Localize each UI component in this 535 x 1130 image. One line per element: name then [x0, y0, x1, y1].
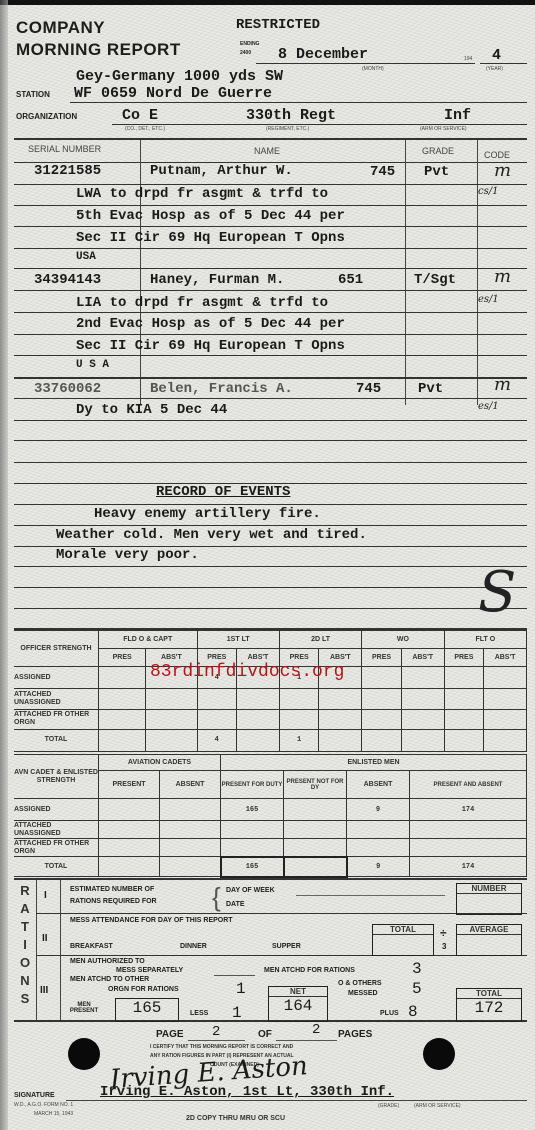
- row-label: ATTACHED UNASSIGNED: [14, 689, 99, 709]
- signature-line: [66, 1100, 527, 1101]
- organization-company: Co E: [122, 107, 158, 124]
- officer-row-attached-other: ATTACHED FR OTHER ORGN: [14, 709, 527, 729]
- section-numeral-i: I: [44, 890, 47, 901]
- cell: [237, 729, 280, 751]
- grade-caption: (GRADE): [378, 1103, 399, 1109]
- rations-top-rule: [14, 878, 527, 880]
- ruled-line: [14, 608, 527, 609]
- side-letter: T: [14, 918, 36, 936]
- net-label: NET: [269, 987, 327, 997]
- cell: 1: [279, 729, 319, 751]
- entry-grade: Pvt: [418, 381, 443, 397]
- ruled-line: [14, 398, 527, 399]
- event-line: Morale very poor.: [56, 547, 199, 563]
- group-header: FLD O & CAPT: [99, 631, 198, 649]
- entry-name: Putnam, Arthur W.: [150, 163, 293, 179]
- entry-code: m: [494, 374, 511, 395]
- organization-service: Inf: [444, 107, 471, 124]
- group-header: 2D LT: [279, 631, 361, 649]
- breakfast-label: BREAKFAST: [70, 943, 113, 950]
- cell: [284, 799, 347, 821]
- cell: 174: [410, 799, 527, 821]
- men-present-box: 165: [115, 998, 179, 1022]
- ruled-line: [14, 420, 527, 421]
- ruled-line: [14, 440, 527, 441]
- entry-remark: Sec II Cir 69 Hq European T Opns: [76, 338, 345, 354]
- entry-remark: 2nd Evac Hosp as of 5 Dec 44 per: [76, 316, 345, 332]
- others-messed-label-1: O & OTHERS: [338, 980, 382, 987]
- station-value: WF 0659 Nord De Guerre: [74, 85, 272, 102]
- rations-divider: [36, 880, 37, 1020]
- col-header: PRESENT: [99, 771, 160, 799]
- form-title-company: COMPANY: [16, 18, 105, 38]
- average-label: AVERAGE: [457, 925, 521, 935]
- morning-report-document: COMPANY MORNING REPORT RESTRICTED ENDING…: [0, 0, 535, 1130]
- entry-grade: Pvt: [424, 164, 449, 180]
- col-header: ABSENT: [347, 771, 410, 799]
- cell: [99, 729, 146, 751]
- entry-mos: 745: [356, 381, 381, 397]
- net-box: NET 164: [268, 986, 328, 1022]
- station-underline: [70, 102, 527, 103]
- year-prefix: 194: [464, 56, 472, 62]
- entry-grade: T/Sgt: [414, 272, 456, 288]
- rations-section-rule: [36, 913, 527, 914]
- table-top-rule: [14, 138, 527, 140]
- entry-name: Haney, Furman M.: [150, 272, 284, 288]
- group-header: WO: [362, 631, 444, 649]
- report-date: 8 December: [278, 46, 368, 63]
- entry-remark: LIA to drpd fr asgmt & trfd to: [76, 295, 328, 311]
- entry-mos: 651: [338, 272, 363, 288]
- divisor-value: 3: [442, 942, 446, 951]
- cell: [99, 667, 146, 689]
- entry-code-initials: es/1: [478, 294, 499, 305]
- group-header: 1ST LT: [197, 631, 279, 649]
- entry-remark: LWA to drpd fr asgmt & trfd to: [76, 186, 328, 202]
- supper-label: SUPPER: [272, 943, 301, 950]
- plus-value: 8: [408, 1003, 418, 1021]
- ending-label: ENDING: [240, 41, 259, 47]
- ration-est-label: ESTIMATED NUMBER OF: [70, 886, 154, 893]
- day-of-week-label: DAY OF WEEK: [226, 887, 275, 894]
- mess-separately-label-2: MESS SEPARATELY: [116, 967, 183, 974]
- ruled-line: [14, 226, 527, 227]
- less-value: 1: [232, 1004, 242, 1022]
- officer-strength-table: OFFICER STRENGTH FLD O & CAPT 1ST LT 2D …: [14, 630, 527, 752]
- cell: [401, 729, 444, 751]
- brace-icon: {: [212, 882, 221, 913]
- cell: [484, 729, 527, 751]
- entry-serial: 31221585: [34, 163, 101, 179]
- less-label: LESS: [190, 1010, 208, 1017]
- page-label: PAGE: [156, 1029, 184, 1040]
- officer-row-total: TOTAL 4 1: [14, 729, 527, 751]
- divide-icon: ÷: [440, 926, 447, 940]
- entry-code: m: [494, 266, 511, 287]
- ruled-line: [14, 566, 527, 567]
- enlisted-row-assigned: ASSIGNED 165 9 174: [14, 799, 527, 821]
- ration-total-value: 172: [457, 999, 521, 1017]
- location-line: Gey-Germany 1000 yds SW: [76, 68, 283, 85]
- page-underline: [188, 1040, 245, 1041]
- record-of-events-heading: RECORD OF EVENTS: [156, 484, 290, 500]
- men-present-label: MEN PRESENT: [64, 1002, 104, 1014]
- col-divider-code: [477, 140, 478, 405]
- cell: [444, 667, 484, 689]
- side-letter: O: [14, 954, 36, 972]
- group-header: ENLISTED MEN: [221, 755, 527, 771]
- cell: 4: [197, 729, 237, 751]
- section-numeral-ii: II: [42, 933, 48, 944]
- col-header: PRESENT AND ABSENT: [410, 771, 527, 799]
- others-messed-label-2: MESSED: [348, 990, 378, 997]
- entry-serial: 33760062: [34, 381, 101, 397]
- col-header: PRESENT NOT FOR DY: [284, 771, 347, 799]
- event-line: Heavy enemy artillery fire.: [94, 506, 321, 522]
- atchd-for-rations-value: 3: [412, 960, 422, 978]
- year-underline: [480, 63, 527, 64]
- officer-row-attached-unassigned: ATTACHED UNASSIGNED: [14, 689, 527, 709]
- day-of-week-field[interactable]: [296, 895, 445, 896]
- mess-separately-label-1: MEN AUTHORIZED TO: [70, 958, 145, 965]
- month-caption: (MONTH): [362, 66, 384, 72]
- cell: 9: [347, 857, 410, 877]
- cell: [99, 857, 160, 877]
- entry-code: m: [494, 160, 511, 181]
- signature-label: SIGNATURE: [14, 1092, 55, 1099]
- col-divider-serial: [140, 140, 141, 405]
- punch-hole-left: [68, 1038, 100, 1070]
- mess-separately-field[interactable]: [214, 975, 255, 976]
- ruled-line: [14, 290, 527, 291]
- entry-remark: Sec II Cir 69 Hq European T Opns: [76, 230, 345, 246]
- cell: [484, 667, 527, 689]
- cell: [362, 729, 402, 751]
- entry-remark: 5th Evac Hosp as of 5 Dec 44 per: [76, 208, 345, 224]
- ruled-line: [14, 462, 527, 463]
- side-letter: R: [14, 882, 36, 900]
- col-header-grade: GRADE: [422, 146, 454, 156]
- cell: [319, 729, 362, 751]
- event-line: Weather cold. Men very wet and tired.: [56, 527, 367, 543]
- subcol-header: ABS'T: [401, 649, 444, 667]
- row-label: ATTACHED FR OTHER ORGN: [14, 709, 99, 729]
- form-title-morning-report: MORNING REPORT: [16, 40, 181, 60]
- organization-regiment: 330th Regt: [246, 107, 336, 124]
- col-header: PRESENT FOR DUTY: [221, 771, 284, 799]
- ending-time-label: 2400: [240, 50, 251, 56]
- ruled-line: [14, 334, 527, 335]
- col-header-serial: SERIAL NUMBER: [28, 144, 101, 154]
- row-label: TOTAL: [14, 857, 99, 877]
- number-label: NUMBER: [457, 884, 521, 894]
- pages-underline: [276, 1040, 337, 1041]
- net-value: 164: [269, 997, 327, 1015]
- entry-remark: Dy to KIA 5 Dec 44: [76, 402, 227, 418]
- ration-total-box: TOTAL 172: [456, 988, 522, 1022]
- ruled-line: [14, 268, 527, 269]
- ruled-line: [14, 205, 527, 206]
- ruled-line: [14, 184, 527, 185]
- cell: 9: [347, 799, 410, 821]
- ruled-line: [14, 355, 527, 356]
- enlisted-strength-table: AVN CADET & ENLISTED STRENGTH AVIATION C…: [14, 754, 527, 878]
- form-id-line-1: W.D., A.G.O. FORM NO. 1: [14, 1102, 73, 1108]
- date-underline: [256, 63, 475, 64]
- cell: 165: [221, 857, 284, 877]
- organization-label: ORGANIZATION: [16, 112, 77, 121]
- entry-code-initials: cs/1: [478, 186, 498, 197]
- side-letter: A: [14, 900, 36, 918]
- cell: 165: [221, 799, 284, 821]
- page-value: 2: [212, 1024, 220, 1040]
- officer-strength-title: OFFICER STRENGTH: [14, 631, 99, 667]
- of-label: OF: [258, 1029, 272, 1040]
- year-caption: (YEAR): [486, 66, 503, 72]
- punch-hole-right: [423, 1038, 455, 1070]
- rations-divider: [60, 880, 61, 1020]
- side-letter: S: [14, 990, 36, 1008]
- entry-mos: 745: [370, 164, 395, 180]
- classification-stamp: RESTRICTED: [236, 17, 320, 33]
- dinner-label: DINNER: [180, 943, 207, 950]
- entry-remark: U S A: [76, 359, 109, 371]
- rations-section-rule: [36, 955, 527, 956]
- side-letter: I: [14, 936, 36, 954]
- ration-req-label: RATIONS REQUIRED FOR: [70, 898, 157, 905]
- atchd-other-label-2: ORGN FOR RATIONS: [108, 986, 179, 993]
- scan-edge: [0, 0, 535, 5]
- number-box: NUMBER: [456, 883, 522, 915]
- certify-line: I CERTIFY THAT THIS MORNING REPORT IS CO…: [150, 1044, 293, 1050]
- group-header: FLT O: [444, 631, 526, 649]
- subcol-header: PRES: [444, 649, 484, 667]
- ruled-line: [14, 377, 527, 379]
- entry-remark: USA: [76, 251, 96, 263]
- row-label: ASSIGNED: [14, 799, 99, 821]
- org-caption-service: (ARM OR SERVICE): [420, 126, 467, 132]
- ruled-line: [14, 587, 527, 588]
- form-id-line-2: MARCH 15, 1943: [34, 1111, 73, 1117]
- rations-side-label: R A T I O N S: [14, 882, 36, 1008]
- atchd-other-value: 1: [236, 980, 246, 998]
- atchd-for-rations-label: MEN ATCHD FOR RATIONS: [264, 967, 355, 974]
- enlisted-strength-title: AVN CADET & ENLISTED STRENGTH: [14, 755, 99, 799]
- enlisted-row-attached-other: ATTACHED FR OTHER ORGN: [14, 839, 527, 857]
- subcol-header: ABS'T: [484, 649, 527, 667]
- row-label: ATTACHED FR OTHER ORGN: [14, 839, 99, 857]
- ruled-line: [14, 525, 527, 526]
- entry-serial: 34394143: [34, 272, 101, 288]
- report-year: 4: [492, 47, 501, 64]
- col-header-code: CODE: [484, 150, 510, 160]
- enlisted-row-total: TOTAL 165 9 174: [14, 857, 527, 877]
- pages-label: PAGES: [338, 1029, 372, 1040]
- arm-caption: (ARM OR SERVICE): [414, 1103, 461, 1109]
- date-label: DATE: [226, 901, 245, 908]
- cell: [146, 729, 197, 751]
- col-divider-grade: [405, 140, 406, 405]
- row-label: ASSIGNED: [14, 667, 99, 689]
- plus-label: PLUS: [380, 1010, 399, 1017]
- cell: [160, 857, 221, 877]
- ration-total-label: TOTAL: [457, 989, 521, 999]
- men-present-value: 165: [116, 999, 178, 1017]
- mess-total-label: TOTAL: [373, 925, 433, 935]
- watermark-link[interactable]: 83rdinfdivdocs.org: [150, 662, 344, 682]
- subcol-header: PRES: [99, 649, 146, 667]
- ruled-line: [14, 312, 527, 313]
- col-header: ABSENT: [160, 771, 221, 799]
- scan-shadow: [0, 0, 8, 1130]
- margin-mark: S: [478, 560, 516, 625]
- org-caption-regiment: (REGIMENT, ETC.): [266, 126, 309, 132]
- subcol-header: PRES: [362, 649, 402, 667]
- row-label: ATTACHED UNASSIGNED: [14, 821, 99, 839]
- group-header: AVIATION CADETS: [99, 755, 221, 771]
- station-label: STATION: [16, 90, 50, 99]
- atchd-other-label-1: MEN ATCHD TO OTHER: [70, 976, 149, 983]
- row-label: TOTAL: [14, 729, 99, 751]
- cell: [160, 799, 221, 821]
- section-numeral-iii: III: [40, 985, 48, 996]
- col-header-name: NAME: [254, 146, 280, 156]
- ruled-line: [14, 248, 527, 249]
- mess-total-box: TOTAL: [372, 924, 434, 956]
- others-messed-value: 5: [412, 980, 422, 998]
- entry-name: Belen, Francis A.: [150, 381, 293, 397]
- cell: [362, 667, 402, 689]
- average-box: AVERAGE: [456, 924, 522, 956]
- cell: [401, 667, 444, 689]
- organization-underline: [112, 124, 527, 125]
- cell: [284, 857, 347, 877]
- mess-attendance-title: MESS ATTENDANCE FOR DAY OF THIS REPORT: [70, 917, 233, 924]
- cell: 174: [410, 857, 527, 877]
- entry-code-initials: es/1: [478, 401, 499, 412]
- signer-typed-name: Irving E. Aston, 1st Lt, 330th Inf.: [100, 1084, 394, 1100]
- cell: [444, 729, 484, 751]
- enlisted-row-attached-unassigned: ATTACHED UNASSIGNED: [14, 821, 527, 839]
- copy-note: 2D COPY THRU MRU OR SCU: [186, 1115, 285, 1122]
- side-letter: N: [14, 972, 36, 990]
- pages-value: 2: [312, 1022, 320, 1038]
- cell: [99, 799, 160, 821]
- org-caption-company: (CO., DET., ETC.): [125, 126, 165, 132]
- ruled-line: [14, 504, 527, 505]
